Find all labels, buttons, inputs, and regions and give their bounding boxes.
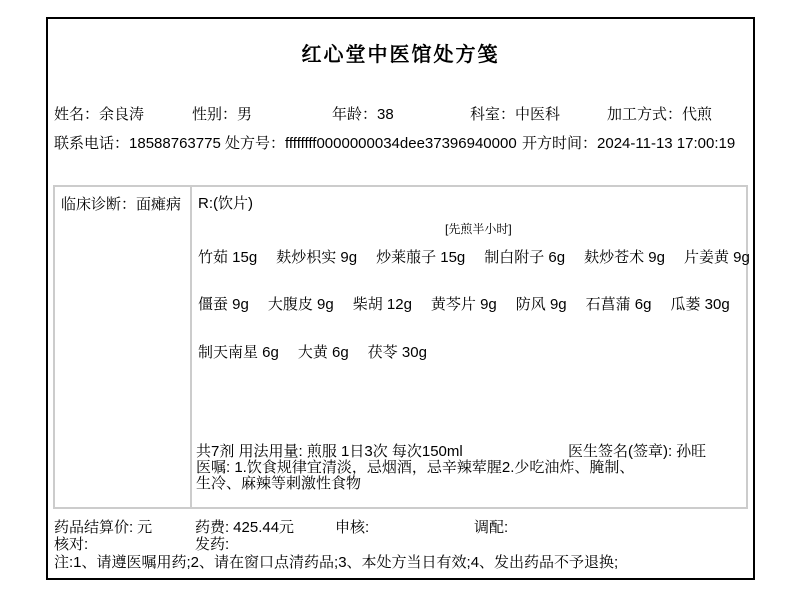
decoction-note: [先煎半小时] [445,223,512,236]
age-field: 年龄：38 [332,107,394,123]
herb-item: 大黄 6g [298,344,349,361]
doctor-advice: 医嘱: 1.饮食规律宜清淡，忌烟酒，忌辛辣荤腥2.少吃油炸、腌制、生冷、麻辣等刺… [196,460,634,492]
field-label: 处方号： [225,135,285,152]
field-label: 发药: [195,536,229,553]
field-label: 调配: [474,519,508,536]
diagnosis-value: 面瘫病 [136,196,181,213]
name-field: 姓名：余良涛 [54,107,144,123]
field-value: 38 [377,106,394,123]
review-field: 申核: [335,520,373,536]
issue-drug-field: 发药: [195,537,233,553]
gender-field: 性别：男 [192,107,252,123]
prescription-page: 红心堂中医馆处方笺 姓名：余良涛 性别：男 年龄：38 科室：中医科 加工方式：… [46,17,755,580]
check-field: 核对: [54,537,92,553]
field-label: 药品结算价: [54,519,133,536]
herb-line: 制天南星 6g大黄 6g茯苓 30g [198,341,446,362]
herb-item: 制天南星 6g [198,344,279,361]
herb-item: 柴胡 12g [353,296,412,313]
rx-cell: R:(饮片) [先煎半小时] 竹茹 15g麸炒枳实 9g炒莱菔子 15g制白附子… [192,187,746,507]
herb-item: 炒莱菔子 15g [376,249,465,266]
herb-item: 麸炒苍术 9g [584,249,665,266]
herb-item: 片姜黄 9g [684,249,750,266]
field-label: 开方时间： [522,135,597,152]
herb-line: 僵蚕 9g大腹皮 9g柴胡 12g黄芩片 9g防风 9g石菖蒲 6g瓜蒌 30g [198,293,749,314]
herb-item: 瓜蒌 30g [671,296,730,313]
field-value: 余良涛 [99,106,144,123]
herb-item: 石菖蒲 6g [586,296,652,313]
herb-item: 茯苓 30g [368,344,427,361]
field-label: 加工方式： [607,106,682,123]
herb-item: 僵蚕 9g [198,296,249,313]
herb-item: 大腹皮 9g [268,296,334,313]
diagnosis-label: 临床诊断： [61,196,136,213]
herb-item: 防风 9g [516,296,567,313]
field-value: 男 [237,106,252,123]
phone-field: 联系电话：18588763775 [54,136,221,152]
field-label: 申核: [335,519,369,536]
field-label: 核对: [54,536,88,553]
herb-item: 制白附子 6g [484,249,565,266]
page-title: 红心堂中医馆处方笺 [48,38,753,67]
field-value: ffffffff0000000034dee37396940000 [285,135,517,152]
herb-item: 黄芩片 9g [431,296,497,313]
field-label: 联系电话： [54,135,129,152]
prescription-number-field: 处方号：ffffffff0000000034dee37396940000 [225,136,517,152]
field-label: 姓名： [54,106,99,123]
field-value: 2024-11-13 17:00:19 [597,135,735,152]
field-value: 中医科 [515,106,560,123]
field-value: 元 [137,519,152,536]
herb-item: 竹茹 15g [198,249,257,266]
doctor-signature-label: 医生签名(签章): [568,443,672,460]
footer-note: 注:1、请遵医嘱用药;2、请在窗口点清药品;3、本处方当日有效;4、发出药品不予… [54,555,618,571]
dosage-line: 共7剂 用法用量: 煎服 1日3次 每次150ml [196,444,463,460]
herb-item: 麸炒枳实 9g [276,249,357,266]
drug-fee-field: 药费:425.44元 [195,520,294,536]
dose-count: 共7剂 [196,443,234,460]
doctor-signature: 医生签名(签章):孙旺 [568,444,706,460]
settlement-price-field: 药品结算价:元 [54,520,152,536]
prescription-table: 临床诊断：面瘫病 R:(饮片) [先煎半小时] 竹茹 15g麸炒枳实 9g炒莱菔… [53,185,748,509]
processing-method-field: 加工方式：代煎 [607,107,712,123]
herb-line: 竹茹 15g麸炒枳实 9g炒莱菔子 15g制白附子 6g麸炒苍术 9g片姜黄 9… [198,246,769,267]
field-value: 18588763775 [129,135,221,152]
doctor-name: 孙旺 [676,443,706,460]
field-value: 425.44元 [233,519,294,536]
field-label: 科室： [470,106,515,123]
dispense-prepare-field: 调配: [474,520,512,536]
diagnosis-cell: 临床诊断：面瘫病 [55,187,192,507]
field-label: 年龄： [332,106,377,123]
department-field: 科室：中医科 [470,107,560,123]
field-label: 药费: [195,519,229,536]
rx-header: R:(饮片) [198,196,253,212]
issue-time-field: 开方时间：2024-11-13 17:00:19 [522,136,735,152]
field-value: 代煎 [682,106,712,123]
field-label: 性别： [192,106,237,123]
usage-text: 用法用量: 煎服 1日3次 每次150ml [239,443,463,460]
